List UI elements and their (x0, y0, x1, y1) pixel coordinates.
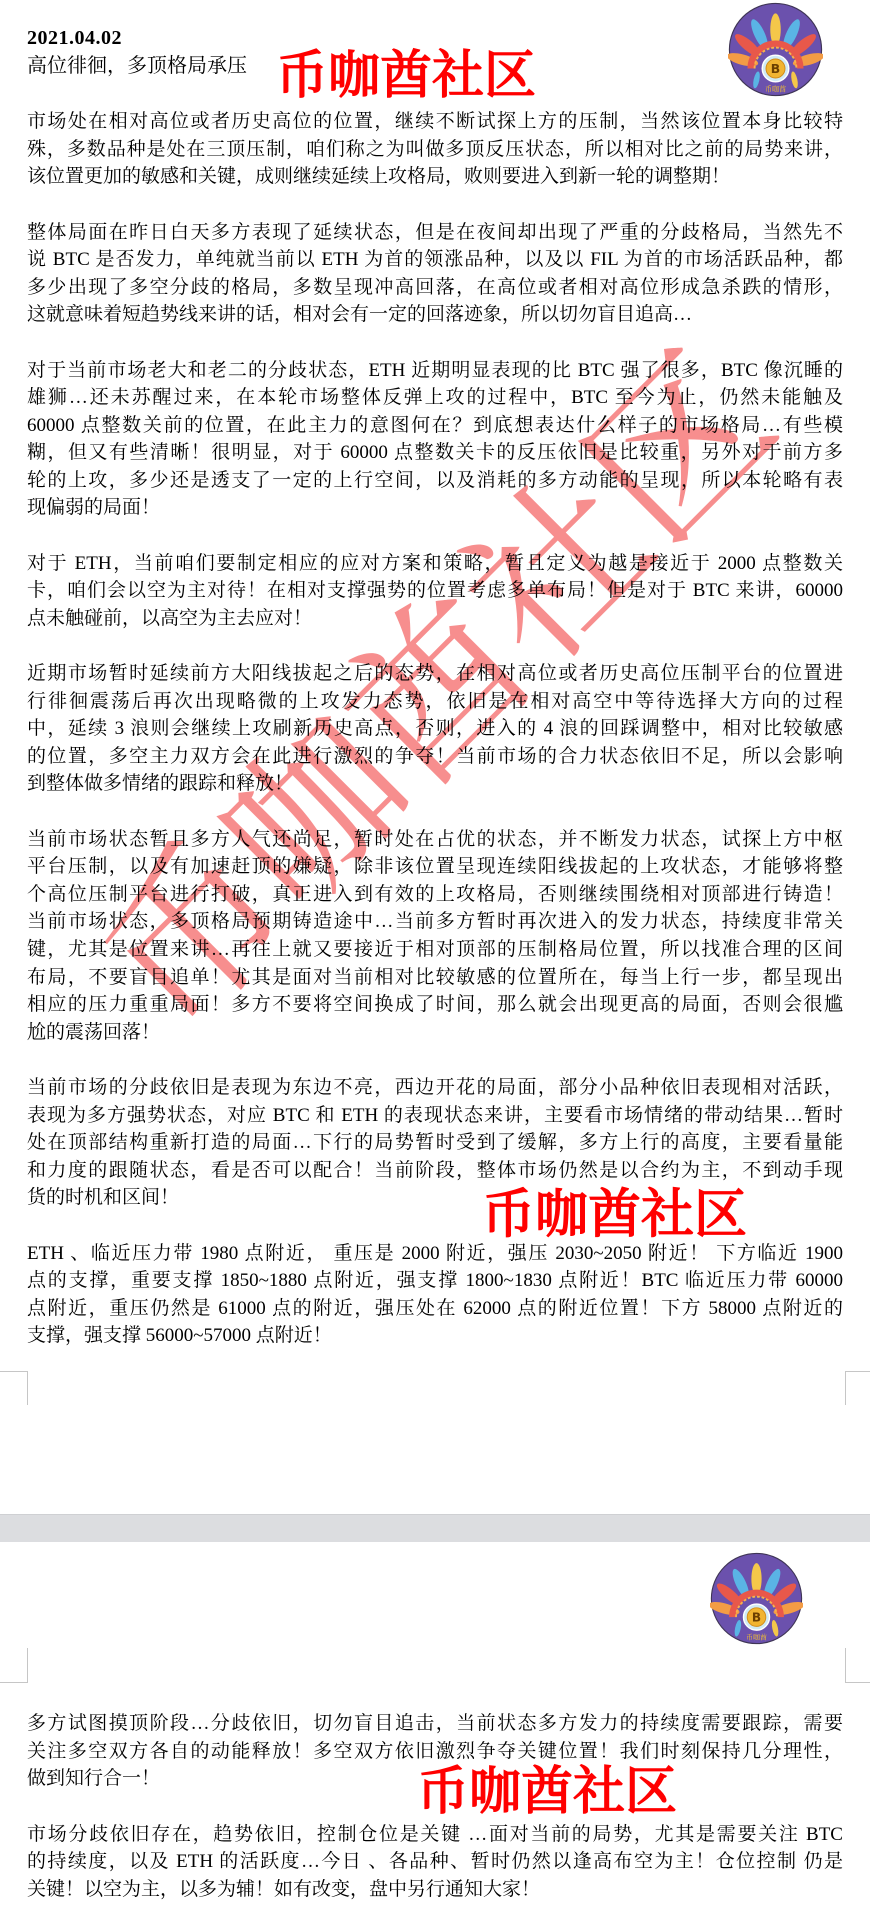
text-line: 多少出现了多空分歧的格局，多数呈现冲高回落，在高位或者相对高位形成急杀跌的情形， (27, 274, 843, 302)
text-line: 市场处在相对高位或者历史高位的位置，继续不断试探上方的压制，当然该位置本身比较特 (27, 108, 843, 136)
text-line: 键，尤其是位置来讲…再往上就又要接近于相对顶部的压制格局位置，所以找准合理的区间 (27, 936, 843, 964)
blank-line (27, 329, 843, 357)
text-line: 这就意味着短趋势线来讲的话，相对会有一定的回落迹象，所以切勿盲目追高… (27, 301, 843, 329)
text-line: 关键！以空为主，以多为辅！如有改变，盘中另行通知大家！ (27, 1876, 843, 1904)
text-line: 中，延续 3 浪则会继续上攻刷新历史高点，否则，进入的 4 浪的回踩调整中，相对… (27, 715, 843, 743)
paragraph: 市场处在相对高位或者历史高位的位置，继续不断试探上方的压制，当然该位置本身比较特… (27, 108, 843, 191)
page-corner-mark (0, 1371, 27, 1372)
text-line: 的持续度，以及 ETH 的活跃度…今日 、各品种、暂时仍然以逢高布空为主！仓位控… (27, 1848, 843, 1876)
paragraph: 对于当前市场老大和老二的分歧状态，ETH 近期明显表现的比 BTC 强了很多，B… (27, 357, 843, 523)
text-line: 行徘徊震荡后再次出现略微的上攻发力态势，依旧是在相对高空中等待选择大方向的过程 (27, 688, 843, 716)
text-line: 当前市场的分歧依旧是表现为东边不亮，西边开花的局面，部分小品种依旧表现相对活跃， (27, 1074, 843, 1102)
text-line: 支撑，强支撑 56000~57000 点附近！ (27, 1322, 843, 1350)
brand-watermark-top: 币咖酋社区 (276, 50, 536, 102)
text-line: 和力度的跟随状态，看是否可以配合！当前阶段，整体市场仍然是以合约为主，不到动手现 (27, 1157, 843, 1185)
page-corner-mark (845, 1682, 870, 1683)
text-line: 说 BTC 是否发力，单纯就当前以 ETH 为首的领涨品种，以及以 FIL 为首… (27, 246, 843, 274)
text-line: 糊，但又有些清晰！很明显，对于 60000 点整数关卡的反压依旧是比较重，另外对… (27, 439, 843, 467)
paragraph: 整体局面在昨日白天多方表现了延续状态，但是在夜间却出现了严重的分歧格局，当然先不… (27, 219, 843, 329)
page-corner-mark (845, 1371, 870, 1372)
text-line: 平台压制，以及有加速赶顶的嫌疑，除非该位置呈现连续阳线拔起的上攻状态，才能够将整 (27, 853, 843, 881)
text-line: 点的支撑，重要支撑 1850~1880 点附近，强支撑 1800~1830 点附… (27, 1267, 843, 1295)
coin-glyph: B (771, 62, 780, 76)
coin-glyph: B (752, 1610, 761, 1624)
logo-label: 币咖酋 (746, 1632, 767, 1641)
brand-watermark-bottom: 币咖酋社区 (482, 1188, 747, 1241)
paragraph: 对于 ETH，当前咱们要制定相应的应对方案和策略，暂且定义为越是接近于 2000… (27, 550, 843, 633)
text-line: 殊，多数品种是处在三顶压制，咱们称之为叫做多顶反压状态，所以相对比之前的局势来讲… (27, 136, 843, 164)
text-line: 的位置，多空主力双方会在此进行激烈的争夺！当前市场的合力状态依旧不足，所以会影响 (27, 743, 843, 771)
blank-line (27, 798, 843, 826)
logo-label: 币咖酋 (765, 84, 786, 93)
blank-line (27, 632, 843, 660)
text-line: 对于当前市场老大和老二的分歧状态，ETH 近期明显表现的比 BTC 强了很多，B… (27, 357, 843, 385)
brand-logo: B 币咖酋 (728, 2, 823, 97)
text-line: 卡，咱们会以空为主对待！在相对支撑强势的位置考虑多单布局！但是对于 BTC 来讲… (27, 577, 843, 605)
text-line: 尬的震荡回落！ (27, 1019, 843, 1047)
page-1-text: 2021.04.02 高位徘徊，多顶格局承压 市场处在相对高位或者历史高位的位置… (27, 25, 843, 1350)
page-corner-mark (27, 1648, 28, 1682)
paragraph: 近期市场暂时延续前方大阳线拔起之后的态势，在相对高位或者历史高位压制平台的位置进… (27, 660, 843, 798)
text-line: 当前市场状态暂且多方人气还尚足，暂时处在占优的状态，并不断发力状态，试探上方中枢 (27, 826, 843, 854)
brand-watermark-page-2: 币咖酋社区 (417, 1766, 677, 1818)
text-line: 布局，不要盲目追单！尤其是面对当前相对比较敏感的位置所在，每当上行一步，都呈现出 (27, 964, 843, 992)
text-line: 多方试图摸顶阶段…分歧依旧，切勿盲目追击，当前状态多方发力的持续度需要跟踪，需要 (27, 1710, 843, 1738)
text-line: 到整体做多情绪的跟踪和释放！ (27, 770, 843, 798)
text-line: 当前市场状态，多顶格局预期铸造途中…当前多方暂时再次进入的发力状态，持续度非常关 (27, 908, 843, 936)
page-corner-mark (27, 1371, 28, 1405)
text-line: 60000 点整数关前的位置，在此主力的意图何在？到底想表达什么样子的市场格局…… (27, 412, 843, 440)
feather-headdress-bitcoin-icon: B 币咖酋 (728, 2, 823, 97)
text-line: 轮的上攻，多少还是透支了一定的上行空间，以及消耗的多方动能的呈现，所以本轮略有表 (27, 467, 843, 495)
text-line: 近期市场暂时延续前方大阳线拔起之后的态势，在相对高位或者历史高位压制平台的位置进 (27, 660, 843, 688)
blank-line (27, 522, 843, 550)
text-line: 该位置更加的敏感和关键，成则继续延续上攻格局，败则要进入到新一轮的调整期！ (27, 163, 843, 191)
text-line: 处在顶部结构重新打造的局面…下行的局势暂时受到了缓解，多方上行的高度，主要看量能 (27, 1129, 843, 1157)
text-line: 市场分歧依旧存在，趋势依旧，控制仓位是关键 …面对当前的局势，尤其是需要关注 B… (27, 1821, 843, 1849)
text-line: 整体局面在昨日白天多方表现了延续状态，但是在夜间却出现了严重的分歧格局，当然先不 (27, 219, 843, 247)
blank-line (27, 191, 843, 219)
text-line: 相应的压力重重局面！多方不要将空间换成了时间，那么就会出现更高的局面，否则会很尴 (27, 991, 843, 1019)
page-corner-mark (845, 1371, 846, 1405)
page-separator (0, 1514, 870, 1542)
page-corner-mark (845, 1648, 846, 1682)
brand-logo: B 币咖酋 (710, 1552, 803, 1645)
page-corner-mark (0, 1682, 28, 1683)
text-line: 点附近，重压仍然是 61000 点的附近，强压处在 62000 点的附近位置！下… (27, 1295, 843, 1323)
text-line: 雄狮…还未苏醒过来，在本轮市场整体反弹上攻的过程中，BTC 至今为止，仍然未能触… (27, 384, 843, 412)
text-line: 现偏弱的局面！ (27, 494, 843, 522)
paragraph: 当前市场状态暂且多方人气还尚足，暂时处在占优的状态，并不断发力状态，试探上方中枢… (27, 826, 843, 1047)
text-line: 点未触碰前，以高空为主去应对！ (27, 605, 843, 633)
text-line: 表现为多方强势状态，对应 BTC 和 ETH 的表现状态来讲，主要看市场情绪的带… (27, 1102, 843, 1130)
paragraph: ETH 、临近压力带 1980 点附近， 重压是 2000 附近，强压 2030… (27, 1240, 843, 1350)
text-line: 对于 ETH，当前咱们要制定相应的应对方案和策略，暂且定义为越是接近于 2000… (27, 550, 843, 578)
text-line: 个高位压制平台进行打破，真正进入到有效的上攻格局，否则继续围绕相对顶部进行铸造！ (27, 881, 843, 909)
feather-headdress-bitcoin-icon: B 币咖酋 (710, 1552, 803, 1645)
blank-line (27, 1046, 843, 1074)
paragraph: 市场分歧依旧存在，趋势依旧，控制仓位是关键 …面对当前的局势，尤其是需要关注 B… (27, 1821, 843, 1904)
